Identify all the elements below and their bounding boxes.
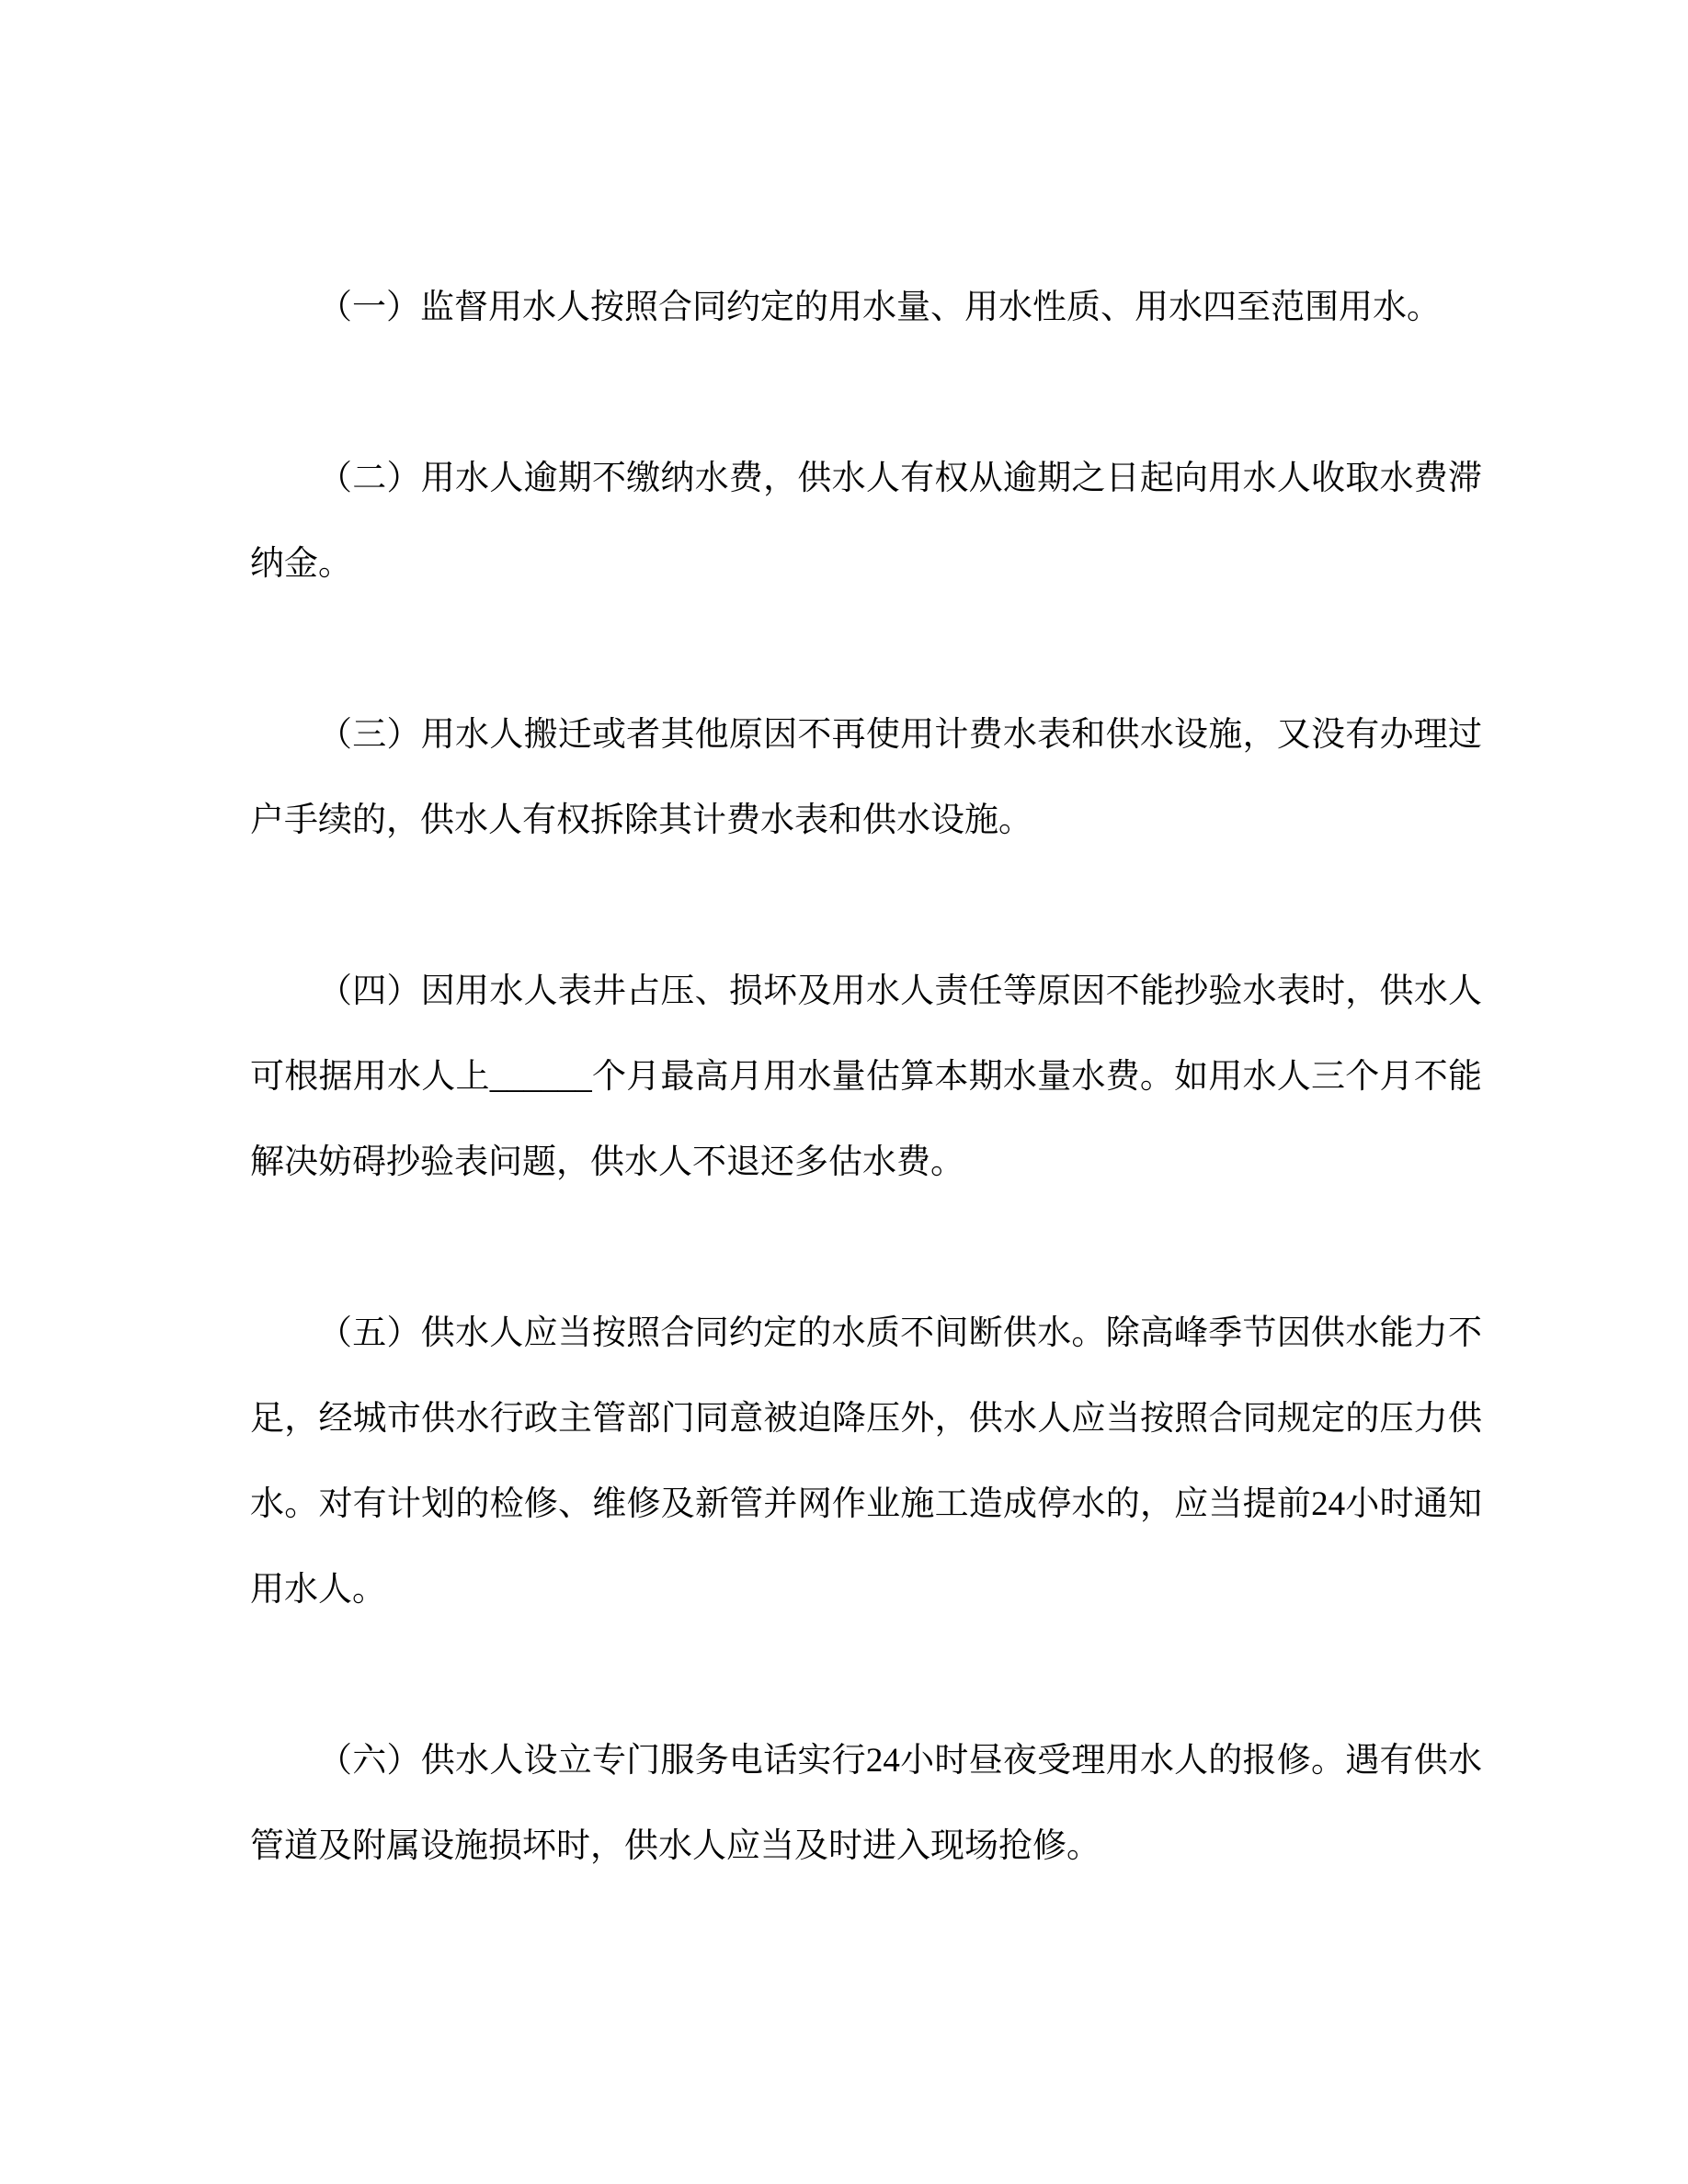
clause-5-text: （五）供水人应当按照合同约定的水质不间断供水。除高峰季节因供水能力不足，经城市供…	[250, 1314, 1482, 1609]
contract-clause-4: （四）因用水人表井占压、损坏及用水人责任等原因不能抄验水表时，供水人可根据用水人…	[250, 949, 1482, 1205]
clause-1-text: （一）监督用水人按照合同约定的用水量、用水性质、用水四至范围用水。	[318, 289, 1441, 326]
contract-clause-2: （二）用水人逾期不缴纳水费，供水人有权从逾期之日起向用水人收取水费滞纳金。	[250, 436, 1482, 607]
clause-2-text: （二）用水人逾期不缴纳水费，供水人有权从逾期之日起向用水人收取水费滞纳金。	[250, 460, 1482, 583]
clause-6-text: （六）供水人设立专门服务电话实行24小时昼夜受理用水人的报修。遇有供水管道及附属…	[250, 1742, 1482, 1865]
contract-clause-1: （一）监督用水人按照合同约定的用水量、用水性质、用水四至范围用水。	[250, 265, 1482, 350]
contract-clause-6: （六）供水人设立专门服务电话实行24小时昼夜受理用水人的报修。遇有供水管道及附属…	[250, 1718, 1482, 1889]
contract-clause-5: （五）供水人应当按照合同约定的水质不间断供水。除高峰季节因供水能力不足，经城市供…	[250, 1291, 1482, 1632]
clause-3-text: （三）用水人搬迁或者其他原因不再使用计费水表和供水设施，又没有办理过户手续的，供…	[250, 716, 1482, 839]
fill-in-blank-underline: ______	[490, 1058, 592, 1096]
document-page: （一）监督用水人按照合同约定的用水量、用水性质、用水四至范围用水。 （二）用水人…	[0, 0, 1688, 2184]
contract-clause-3: （三）用水人搬迁或者其他原因不再使用计费水表和供水设施，又没有办理过户手续的，供…	[250, 692, 1482, 863]
